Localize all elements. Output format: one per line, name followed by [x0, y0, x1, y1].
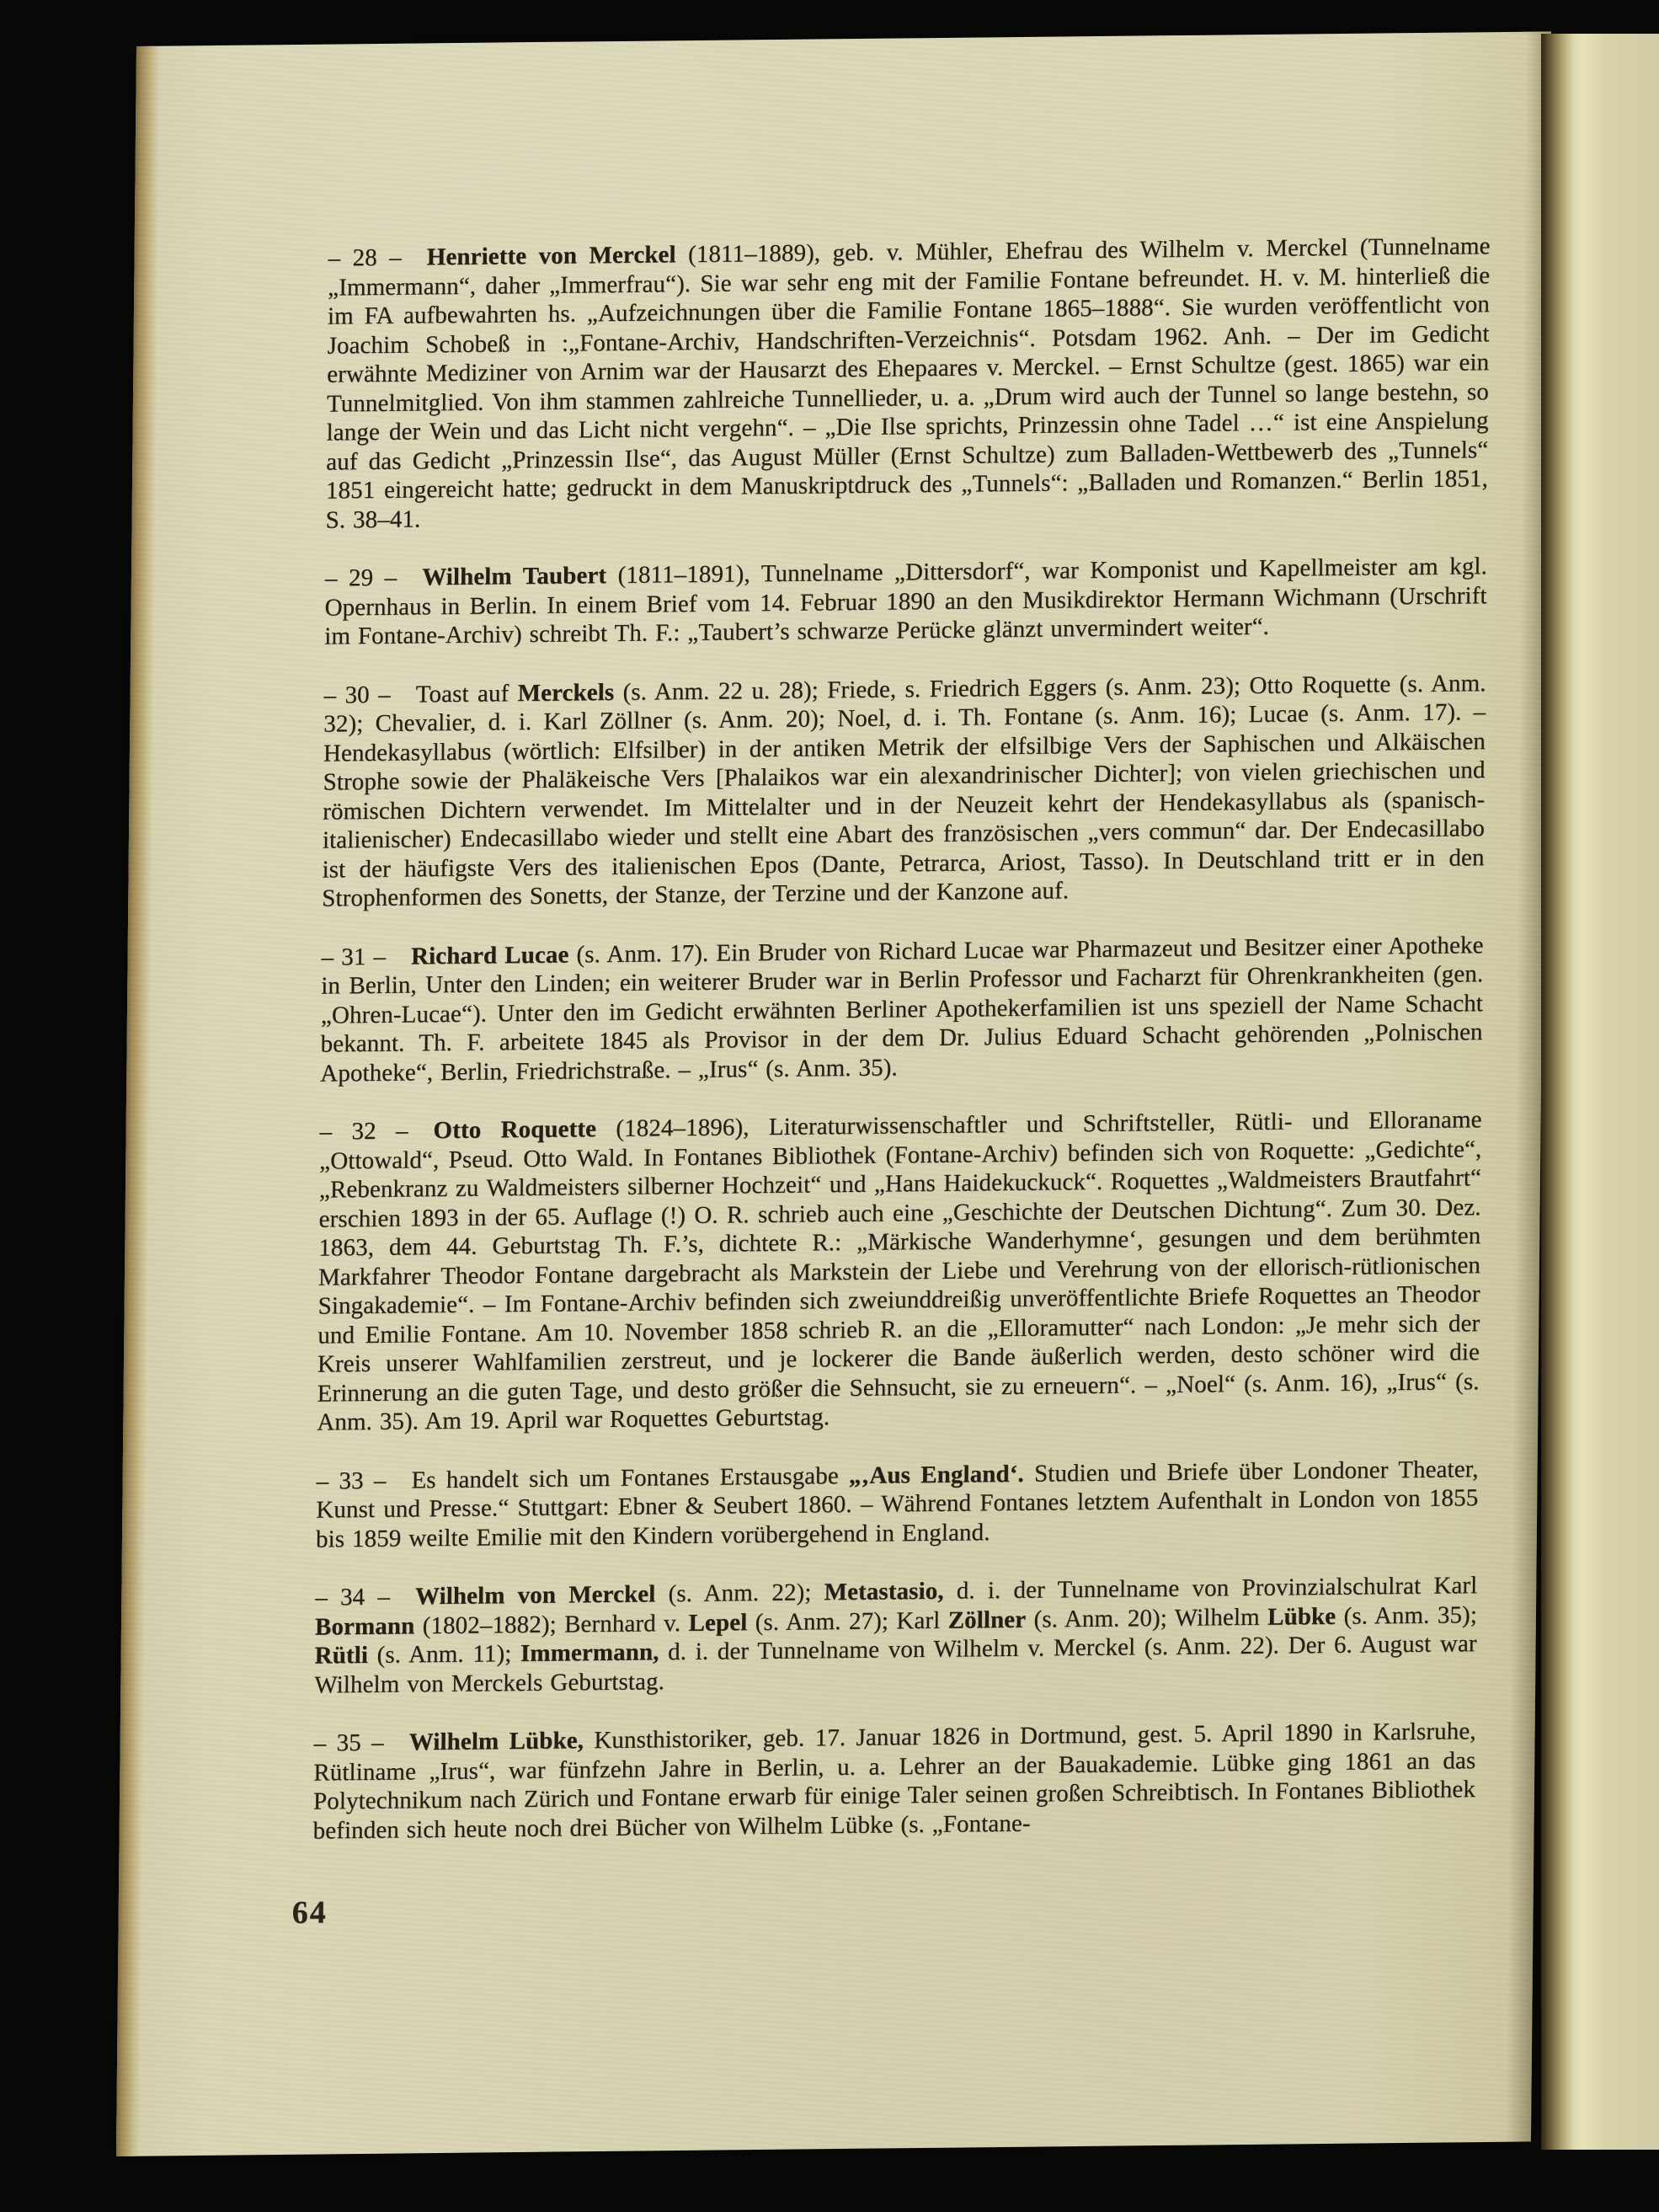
- entry-bold-text: Wilhelm Lübke,: [409, 1727, 584, 1755]
- page-number: 64: [291, 1894, 327, 1931]
- entry-bold-text: Rütli: [314, 1642, 368, 1670]
- entry-number: – 31 –: [321, 943, 386, 970]
- annotation-entry: – 29 –Wilhelm Taubert (1811–1891), Tunne…: [324, 552, 1487, 651]
- annotation-entry: – 35 –Wilhelm Lübke, Kunsthistoriker, ge…: [312, 1717, 1475, 1845]
- annotation-entry: – 32 –Otto Roquette (1824–1896), Literat…: [317, 1105, 1482, 1437]
- entry-bold-text: Zöllner: [948, 1606, 1027, 1633]
- entry-number: – 34 –: [315, 1584, 390, 1611]
- entry-bold-text: Wilhelm von Merckel: [415, 1580, 656, 1610]
- book-photo-background: – 28 –Henriette von Merckel (1811–1889),…: [0, 0, 1659, 2212]
- entry-bold-text: „‚Aus England‘.: [849, 1460, 1024, 1488]
- facing-page-edge: [1541, 34, 1659, 2150]
- entry-text: (s. Anm. 22);: [655, 1579, 824, 1607]
- entry-bold-text: Lübke: [1267, 1602, 1336, 1630]
- entry-number: – 33 –: [316, 1467, 386, 1494]
- entry-number: – 30 –: [323, 681, 390, 708]
- entry-bold-text: Metastasio,: [824, 1578, 943, 1606]
- entry-number: – 29 –: [325, 564, 397, 592]
- annotation-entry: – 33 –Es handelt sich um Fontanes Erstau…: [316, 1455, 1479, 1554]
- entry-bold-text: Merckels: [518, 678, 615, 706]
- entry-bold-text: Henriette von Merckel: [427, 241, 676, 270]
- entry-text: (s. Anm. 20); Wilhelm: [1026, 1603, 1267, 1632]
- entry-number: – 35 –: [313, 1729, 383, 1757]
- entry-text: (s. Anm. 27); Karl: [747, 1606, 948, 1635]
- left-page: – 28 –Henriette von Merckel (1811–1889),…: [116, 31, 1551, 2156]
- annotation-entry: – 34 –Wilhelm von Merckel (s. Anm. 22); …: [314, 1571, 1477, 1699]
- entry-text: (s. Anm. 35);: [1336, 1601, 1477, 1630]
- entry-text: Es handelt sich um Fontanes Erstausgabe: [411, 1461, 849, 1493]
- annotation-entry: – 31 –Richard Lucae (s. Anm. 17). Ein Br…: [320, 931, 1484, 1088]
- entry-text: Toast auf: [416, 680, 518, 708]
- entry-text: d. i. der Tunnelname von Provinzialschul…: [943, 1572, 1477, 1605]
- annotation-entry: – 30 –Toast auf Merckels (s. Anm. 22 u. …: [322, 669, 1486, 913]
- entry-text: (1802–1882); Bernhard v.: [414, 1609, 689, 1638]
- entry-number: – 32 –: [319, 1117, 408, 1145]
- entry-bold-text: Richard Lucae: [411, 941, 569, 970]
- page-fore-edge: [116, 46, 160, 2156]
- entry-bold-text: Wilhelm Taubert: [422, 562, 606, 590]
- entry-bold-text: Lepel: [688, 1609, 747, 1637]
- entry-number: – 28 –: [328, 244, 402, 272]
- annotation-entry: – 28 –Henriette von Merckel (1811–1889),…: [325, 232, 1490, 534]
- entry-bold-text: Otto Roquette: [433, 1115, 596, 1144]
- entry-text: (s. Anm. 11);: [368, 1640, 520, 1669]
- entry-text: (1811–1889), geb. v. Mühler, Ehefrau des…: [325, 232, 1490, 533]
- entry-bold-text: Immermann,: [520, 1638, 659, 1667]
- entry-text: (1824–1896), Literaturwissenschaftler un…: [317, 1106, 1482, 1435]
- entry-bold-text: Bormann: [315, 1612, 415, 1640]
- annotations-list: – 28 –Henriette von Merckel (1811–1889),…: [312, 232, 1491, 1874]
